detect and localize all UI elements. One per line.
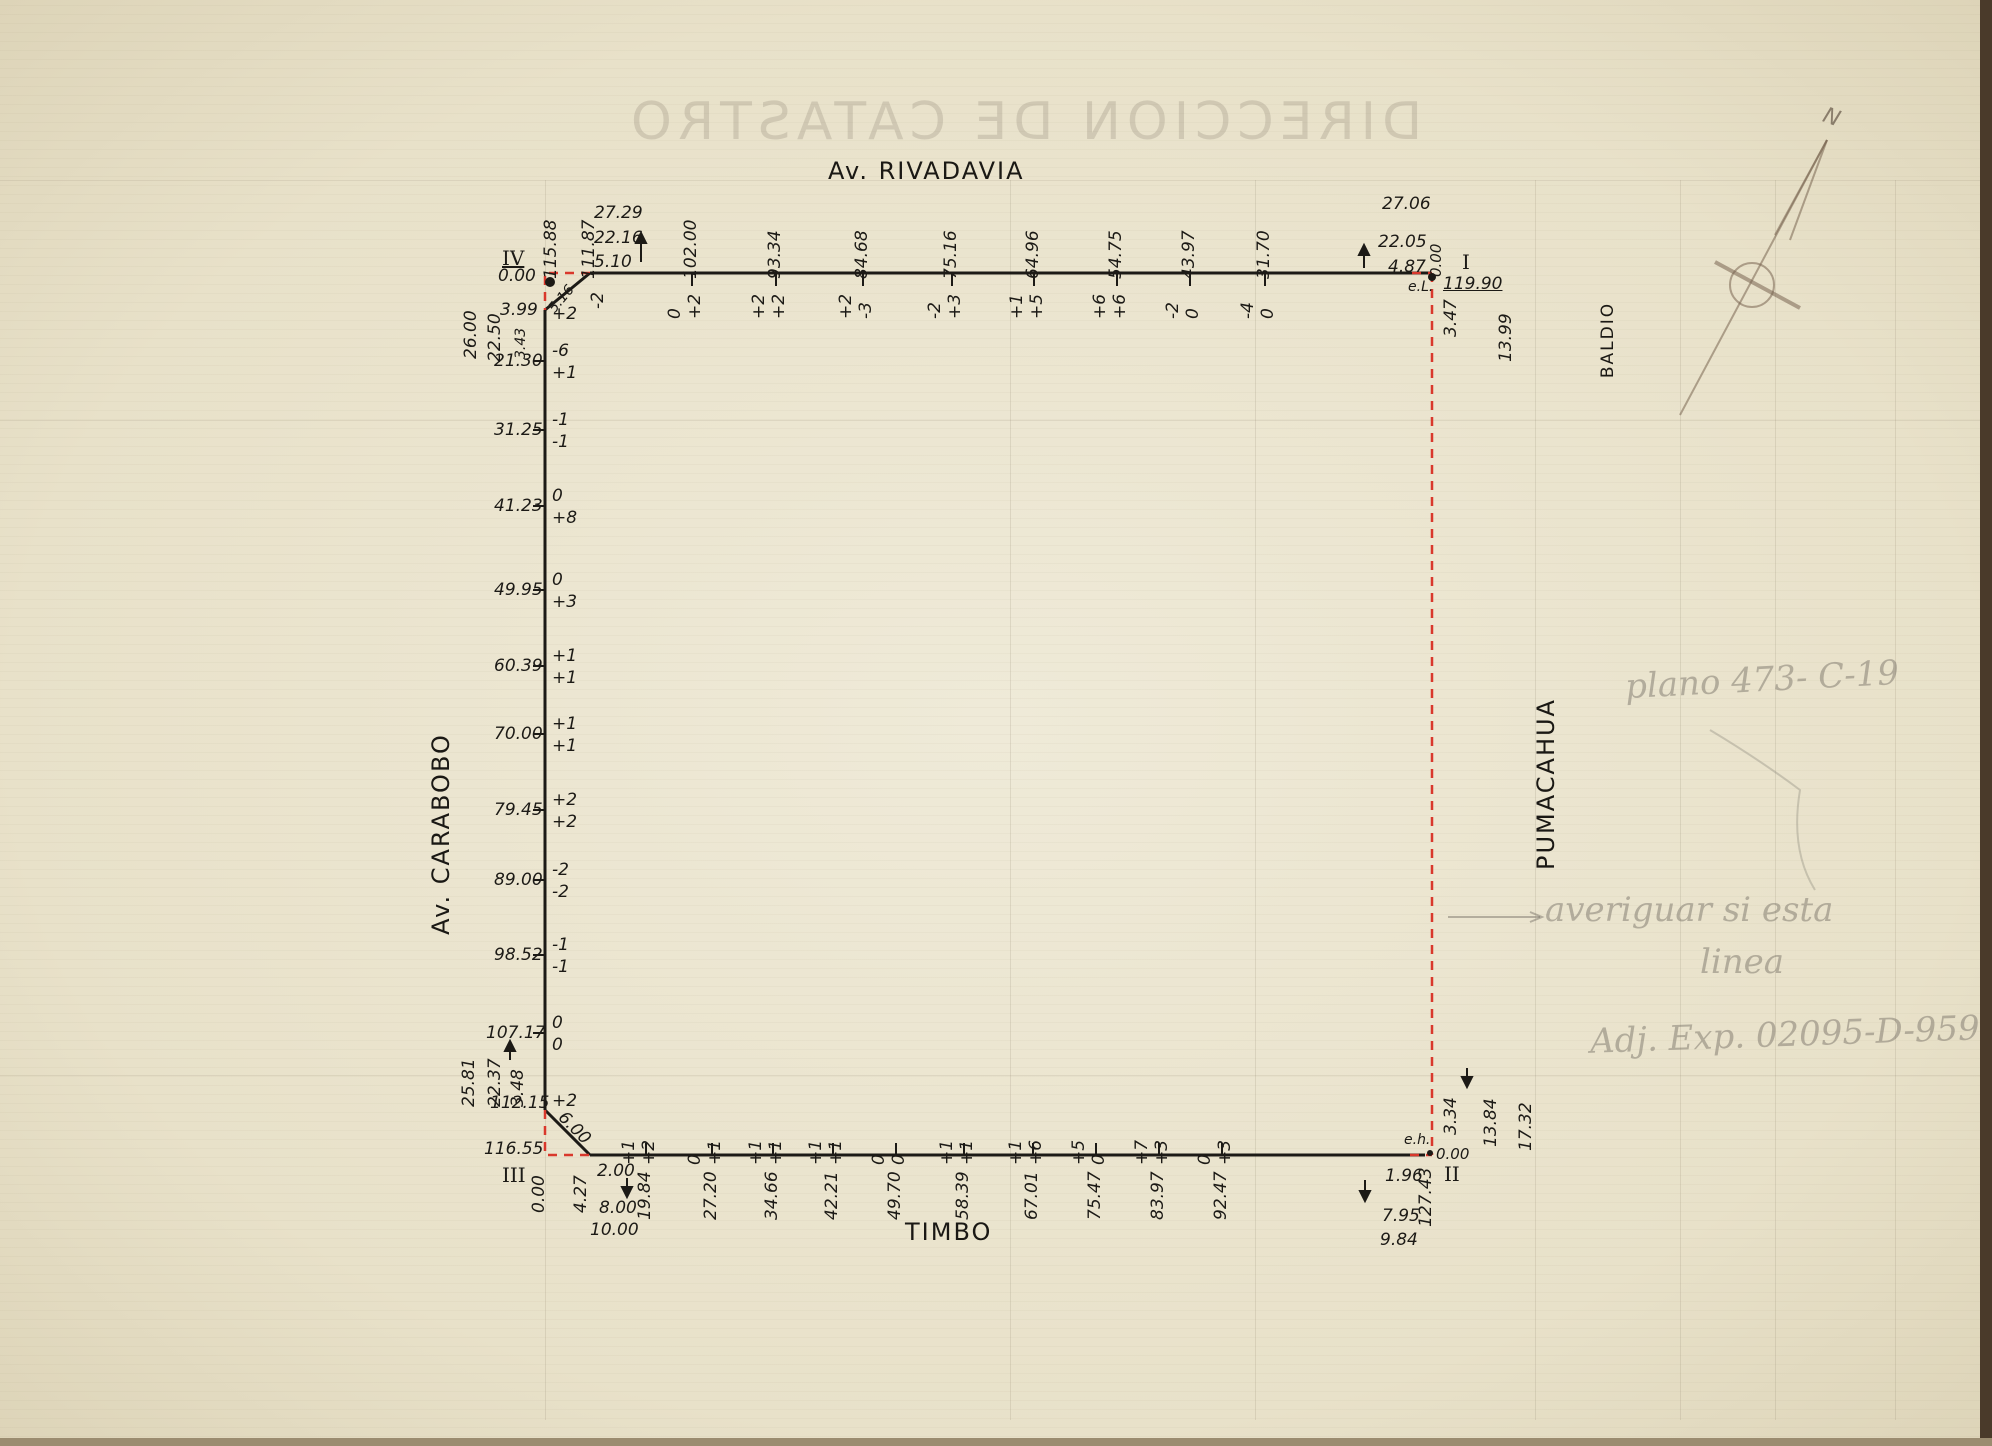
pencil-arrow-icon — [0, 0, 1992, 1446]
